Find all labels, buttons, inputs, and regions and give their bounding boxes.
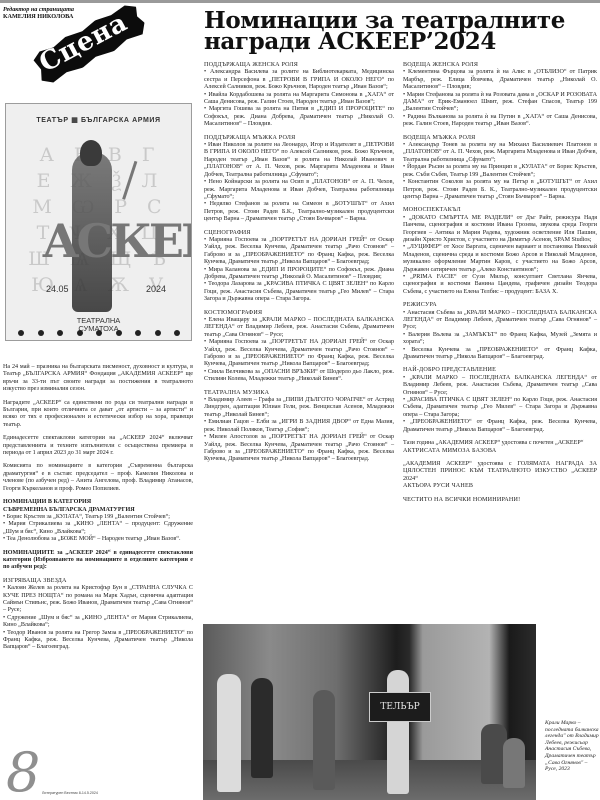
category-section: СЦЕНОГРАФИЯ • Марияна Госпоева за „ПОРТР… bbox=[204, 230, 394, 304]
intro-paragraph: Единадесетте спектаклови категории на „А… bbox=[3, 435, 193, 457]
nomination-item: • Владимир Алеев – Графа за „ПИПИ ДЪЛГОТ… bbox=[204, 397, 394, 419]
sponsor-logo-icon bbox=[116, 330, 122, 336]
nomination-item: • Емилиан Гацов – Елби за „ИГРИ В ЗАДНИЯ… bbox=[204, 419, 394, 434]
sponsor-logo-icon bbox=[155, 330, 161, 336]
sponsor-logo-icon bbox=[38, 330, 44, 336]
nomination-item: • Елена Иващару за „КРАЛИ МАРКО – ПОСЛЕД… bbox=[204, 317, 394, 339]
category-section: ПОДДЪРЖАЩА ЖЕНСКА РОЛЯ • Александра Васи… bbox=[204, 62, 394, 129]
nomination-item: • Иван Николов за ролите на Леонардо, Иг… bbox=[204, 142, 394, 179]
section-heading: ПОДДЪРЖАЩА МЪЖКА РОЛЯ bbox=[204, 135, 394, 142]
honorary-award-2: „АКАДЕМИЯ АСКЕЕР“ удостоява с ГОЛЯМАТА Н… bbox=[403, 461, 597, 491]
sponsor-logo-icon bbox=[57, 330, 63, 336]
honorary-award-2-text: „АКАДЕМИЯ АСКЕЕР“ удостоява с ГОЛЯМАТА Н… bbox=[403, 461, 597, 482]
nomination-item: • Мария Стрикалиева за „КИНО „ЛЕНТА“ – п… bbox=[3, 521, 193, 536]
category-section: ПОДДЪРЖАЩА МЪЖКА РОЛЯ • Иван Николов за … bbox=[204, 135, 394, 224]
poster-year: 2024 bbox=[146, 284, 166, 294]
poster-theatre-name: ТЕАТЪР ▦ БЪЛГАРСКА АРМИЯ bbox=[6, 116, 191, 124]
congratulations-line: ЧЕСТИТО НА ВСИЧКИ НОМИНИРАНИ! bbox=[403, 497, 597, 504]
actor-figure bbox=[313, 690, 335, 790]
category-section: КОСТЮМОГРАФИЯ • Елена Иващару за „КРАЛИ … bbox=[204, 310, 394, 384]
nomination-item: • „ЛУЦИФЕР“ от Хосе Варгата, сценичен ва… bbox=[403, 244, 597, 274]
nomination-item: • Калоян Желев за ролята на Кристофър Бу… bbox=[3, 585, 193, 615]
intro-paragraph: Комисията по номинациите в категория „Съ… bbox=[3, 463, 193, 493]
nomination-item: • Александър Тонев за ролята му на Михаи… bbox=[403, 142, 597, 164]
poster-statue-head bbox=[80, 140, 102, 166]
section-heading: СЪВРЕМЕННА БЪЛГАРСКА ДРАМАТУРГИЯ bbox=[3, 507, 193, 514]
section-heading: ТЕАТРАЛНА МУЗИКА bbox=[204, 390, 394, 397]
poster-date: 24.05 bbox=[46, 284, 69, 294]
actor-figure bbox=[251, 678, 273, 778]
right-column: ВОДЕЩА ЖЕНСКА РОЛЯ • Клементина Фърцова … bbox=[403, 62, 597, 510]
sponsor-logo-icon bbox=[96, 330, 102, 336]
dramaturgy-section: НОМИНАЦИИ в категория СЪВРЕМЕННА БЪЛГАРС… bbox=[3, 499, 193, 543]
actor-figure bbox=[387, 670, 409, 794]
nomination-item: • Недялко Стефанов за ролята на Симеон в… bbox=[204, 201, 394, 223]
top-rule bbox=[0, 0, 600, 3]
nomination-item: • „ПРЕОБРАЖЕНИЕТО“ от Франц Кафка, реж. … bbox=[403, 419, 597, 434]
nomination-item: • Маргита Гошева за ролята на Пития в „Е… bbox=[204, 106, 394, 128]
section-heading: НАЙ-ДОБРО ПРЕДСТАВЛЕНИЕ bbox=[403, 367, 597, 374]
category-section: ВОДЕЩА ЖЕНСКА РОЛЯ • Клементина Фърцова … bbox=[403, 62, 597, 129]
nomination-item: • Милен Апостолов за „ПОРТРЕТЪТ НА ДОРИА… bbox=[204, 434, 394, 464]
sponsor-logo-icon bbox=[135, 330, 141, 336]
actor-figure bbox=[217, 674, 241, 792]
honorary-award-2-name: АКТЬОРА РУСИ ЧАНЕВ bbox=[403, 483, 473, 489]
honorary-award-1-text: Тази година „АКАДЕМИЯ АСКЕЕР“ удостоява … bbox=[403, 440, 583, 446]
nomination-item: • Йордан Ръсин за ролята му на Принцип в… bbox=[403, 164, 597, 179]
nomination-item: • „КРАСИВА ПТИЧКА С ЦВЯТ ЗЕЛЕН“ по Карло… bbox=[403, 397, 597, 419]
nomination-item: • Константин Соколов за ролята му на Пет… bbox=[403, 179, 597, 201]
sponsor-logo-icon bbox=[77, 330, 83, 336]
rising-star-section: ИЗГРЯВАЩА ЗВЕЗДА • Калоян Желев за ролят… bbox=[3, 578, 193, 652]
middle-column: ПОДДЪРЖАЩА ЖЕНСКА РОЛЯ • Александра Васи… bbox=[204, 62, 394, 464]
actor-figure bbox=[503, 738, 525, 788]
photo-caption: Крали Марко – последната балканска леген… bbox=[545, 720, 600, 773]
section-logo: Сцена bbox=[22, 12, 150, 82]
nominees-intro: НОМИНАЦИИТЕ за „АСКЕЕР 2024“ в единадесе… bbox=[3, 550, 193, 572]
honorary-award-1-name: АКТРИСАТА МИМОЗА БАЗОВА bbox=[403, 448, 496, 454]
section-heading: СЦЕНОГРАФИЯ bbox=[204, 230, 394, 237]
nomination-item: • Марияна Госпоева за „ПОРТРЕТЪТ НА ДОРИ… bbox=[204, 237, 394, 267]
nomination-item: • Теа Денолюбова за „БОЖЕ МОЙ“ – Народен… bbox=[3, 536, 193, 543]
intro-paragraph: На 24 май – празника на българската писм… bbox=[3, 364, 193, 394]
page-headline: Номинации за театралните награди АСКЕЕР’… bbox=[204, 10, 600, 52]
section-heading: НОМИНАЦИИ в категория bbox=[3, 499, 193, 506]
nomination-item: • „ДОКАТО СМЪРТТА МЕ РАЗДЕЛИ“ от Дъг Рай… bbox=[403, 215, 597, 245]
intro-paragraph: Наградите „АСКЕЕР“ са единствени по рода… bbox=[3, 400, 193, 430]
nomination-item: • „КРАЛИ МАРКО – ПОСЛЕДНАТА БАЛКАНСКА ЛЕ… bbox=[403, 375, 597, 397]
stage-sign: ТЕЛЬЪР bbox=[369, 692, 431, 722]
category-section: НАЙ-ДОБРО ПРЕДСТАВЛЕНИЕ • „КРАЛИ МАРКО –… bbox=[403, 367, 597, 434]
nomination-item: • Марияна Госпоева за „ПОРТРЕТЪТ НА ДОРИ… bbox=[204, 339, 394, 369]
poster-title: АСКЕЕР bbox=[42, 214, 192, 268]
nomination-item: • Ивайла Кордабошева за ролята на Маргар… bbox=[204, 92, 394, 107]
left-column: На 24 май – празника на българската писм… bbox=[3, 364, 193, 652]
category-section: ТЕАТРАЛНА МУЗИКА • Владимир Алеев – Граф… bbox=[204, 390, 394, 464]
nomination-item: • Теодор Иванов за ролята на Грегор Замз… bbox=[3, 630, 193, 652]
sponsor-logo-icon bbox=[18, 330, 24, 336]
nomination-item: • „PRIMA FACIE“ от Сузи Милър, консултан… bbox=[403, 274, 597, 296]
nominees-intro-text: НОМИНАЦИИТЕ за „АСКЕЕР 2024“ в единадесе… bbox=[3, 550, 193, 571]
section-heading: МОНОСПЕКТАКЪЛ bbox=[403, 207, 597, 214]
stage-photo: ТЕЛЬЪР bbox=[203, 624, 536, 800]
nomination-item: • Нено Койнарски за ролята на Осип в „ПЛ… bbox=[204, 179, 394, 201]
honorary-award-1: Тази година „АКАДЕМИЯ АСКЕЕР“ удостоява … bbox=[403, 440, 597, 455]
nomination-item: • Свила Велчикова за „ОПАСНИ ВРЪЗКИ“ от … bbox=[204, 369, 394, 384]
sponsor-logos bbox=[18, 329, 180, 336]
nomination-item: • Валерия Вълева за „ЗАМЪКЪТ“ по Франц К… bbox=[403, 332, 597, 347]
nomination-item: • Александра Василева за ролите на Библи… bbox=[204, 69, 394, 91]
nomination-item: • Мира Каланова за „ЕДИП И ПРОРОЦИТЕ“ по… bbox=[204, 267, 394, 282]
nomination-item: • Радина Вълканова за ролята ѝ на Путин … bbox=[403, 114, 597, 129]
festival-poster-image: ТЕАТЪР ▦ БЪЛГАРСКА АРМИЯ А Б В Г Е Ж Ѯ Л… bbox=[5, 103, 192, 341]
section-heading: ВОДЕЩА МЪЖКА РОЛЯ bbox=[403, 135, 597, 142]
nomination-item: • Анастасия Събева за „КРАЛИ МАРКО – ПОС… bbox=[403, 310, 597, 332]
nomination-item: • Мария Стефанова за ролята ѝ на Розоват… bbox=[403, 92, 597, 114]
page-number: 8 bbox=[6, 748, 40, 798]
sponsor-logo-icon bbox=[174, 330, 180, 336]
section-heading: РЕЖИСУРА bbox=[403, 302, 597, 309]
category-section: МОНОСПЕКТАКЪЛ • „ДОКАТО СМЪРТТА МЕ РАЗДЕ… bbox=[403, 207, 597, 296]
category-section: РЕЖИСУРА • Анастасия Събева за „КРАЛИ МА… bbox=[403, 302, 597, 361]
nomination-item: • Сдружение „Шум и бяс“ за „КИНО „ЛЕНТА“… bbox=[3, 615, 193, 630]
nomination-item: • Веселка Кунчева за „ПРЕОБРАЖЕНИЕТО“ от… bbox=[403, 347, 597, 362]
issue-line: Литературен Вестник 8-14.5.2024 bbox=[42, 791, 98, 795]
nomination-item: • Клементина Фърцова за ролята ѝ на Алис… bbox=[403, 69, 597, 91]
nomination-item: • Теодора Лазарова за „КРАСИВА ПТИЧКА С … bbox=[204, 281, 394, 303]
category-section: ВОДЕЩА МЪЖКА РОЛЯ • Александър Тонев за … bbox=[403, 135, 597, 202]
section-heading: КОСТЮМОГРАФИЯ bbox=[204, 310, 394, 317]
